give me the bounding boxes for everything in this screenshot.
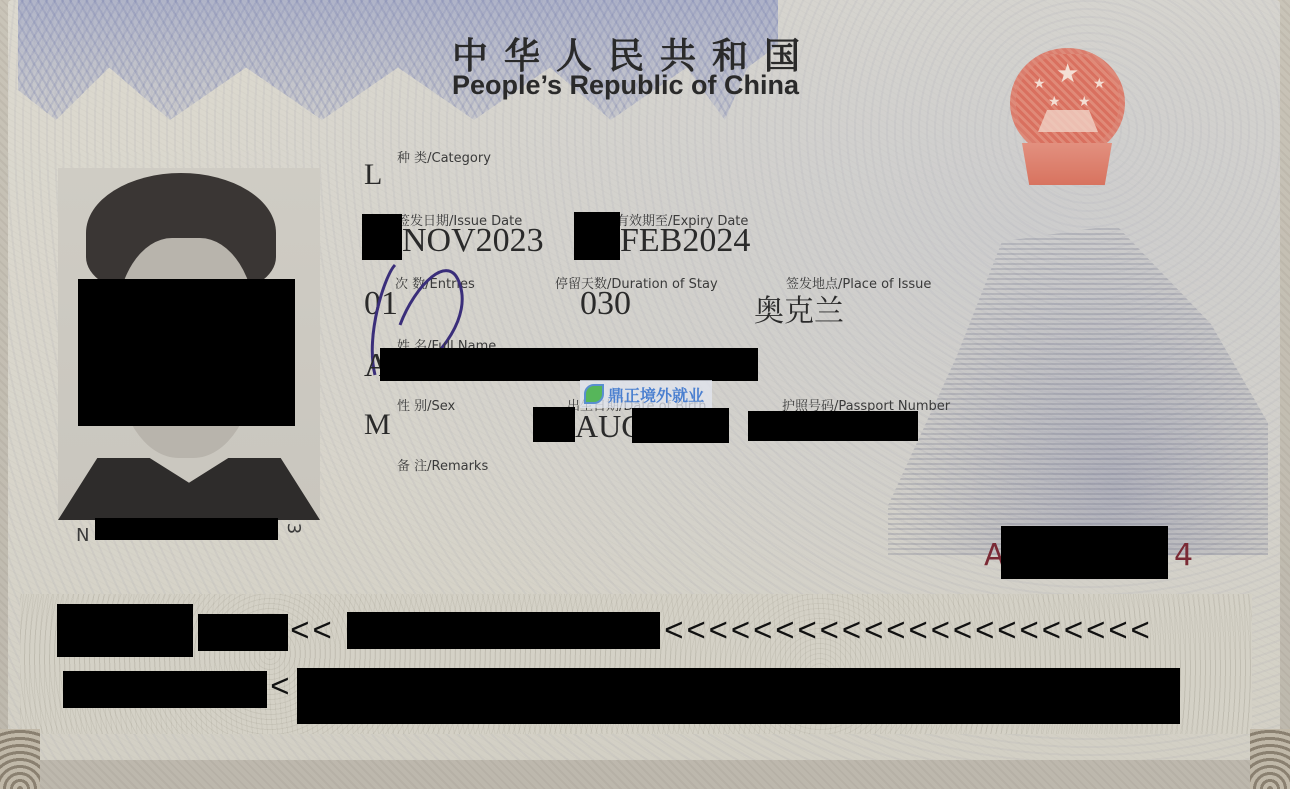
mrz-line1-filler: <<<<<<<<<<<<<<<<<<<<<< [664,614,1152,651]
watermark-text: 鼎正境外就业 [608,383,704,406]
great-wall-illustration [888,225,1268,555]
mrz-line2-redaction-a [63,671,267,708]
mrz-line2-separator: < [270,670,292,707]
photo-caption-right: 3 [283,523,304,534]
visa-number-redaction [1001,526,1168,579]
issue-date-redaction [362,214,402,260]
dob-year-redaction [632,408,729,443]
face-redaction [78,279,295,426]
page-corner-decoration-left [0,729,40,789]
page-corner-decoration-right [1250,729,1290,789]
sex-value: M [364,408,391,442]
expiry-date-value: FEB2024 [620,222,750,260]
mrz-line1-redaction-b [198,614,288,651]
watermark-logo-icon [584,384,604,404]
photo-caption-redaction [95,518,278,540]
place-of-issue-value: 奥克兰 [754,286,844,330]
category-label: 种 类/Category [397,147,491,166]
expiry-date-redaction [574,212,620,260]
duration-value: 030 [580,285,631,323]
passport-number-redaction [748,411,918,441]
mrz-line1-separator: << [290,614,334,651]
remarks-label: 备 注/Remarks [397,455,488,474]
visa-number-suffix: 4 [1174,538,1193,573]
full-name-redaction [380,348,758,381]
mrz-line1-redaction-c [347,612,660,649]
dob-day-redaction [533,407,575,442]
mrz-line2-redaction-b [297,668,1180,724]
category-value: L [364,158,382,192]
mrz-line1-redaction-a [57,604,193,657]
national-emblem-icon: ★ ★ ★ ★ ★ [1000,48,1135,188]
sex-label: 性 别/Sex [397,395,455,414]
header-english: People’s Republic of China [452,70,799,101]
photo-caption-left: N [76,523,89,544]
watermark: 鼎正境外就业 [580,380,712,408]
